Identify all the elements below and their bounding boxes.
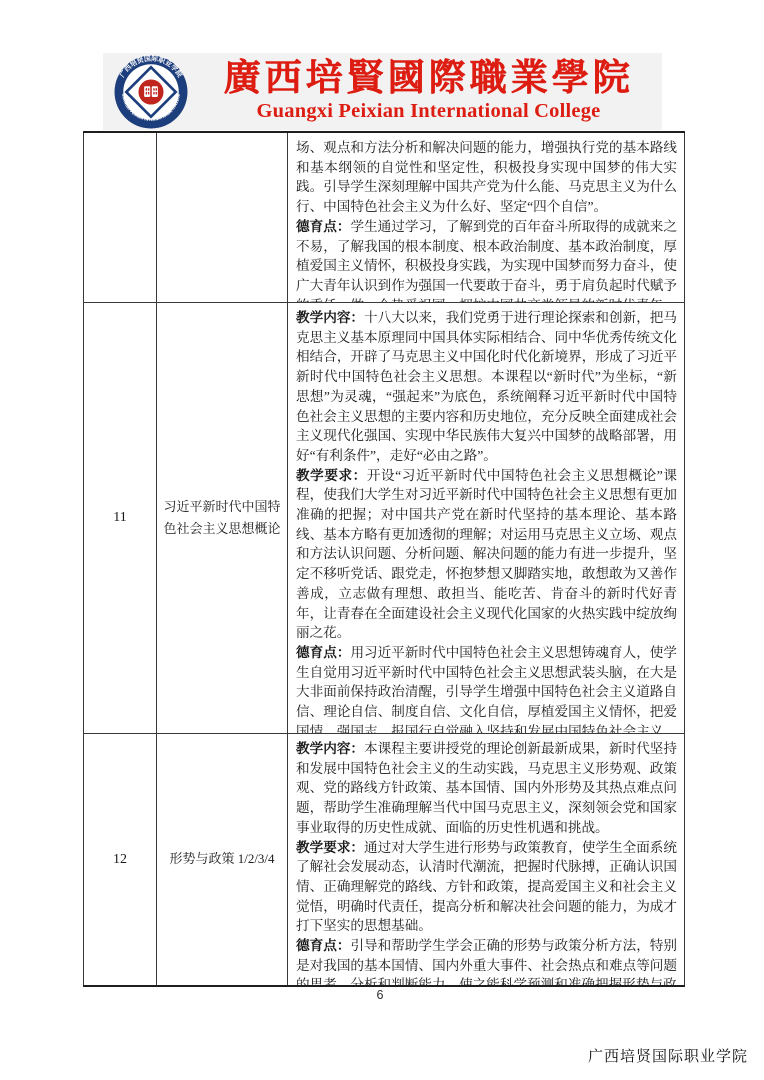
row-number [84, 132, 157, 303]
content-paragraph: 场、观点和方法分析和解决问题的能力，增强执行党的基本路线和基本纲领的自觉性和坚定… [296, 138, 677, 217]
content-paragraph: 教学内容：十八大以来，我们党勇于进行理论探索和创新，把马克思主义基本原理同中国具… [296, 308, 677, 466]
segment-label: 德育点： [296, 645, 350, 660]
segment-text: 场、观点和方法分析和解决问题的能力，增强执行党的基本路线和基本纲领的自觉性和坚定… [296, 140, 677, 214]
segment-text: 十八大以来，我们党勇于进行理论探索和创新，把马克思主义基本原理同中国具体实际相结… [296, 310, 677, 463]
course-content: 场、观点和方法分析和解决问题的能力，增强执行党的基本路线和基本纲领的自觉性和坚定… [288, 133, 684, 302]
row-number: 12 [84, 734, 157, 987]
course-content-cell: 教学内容：本课程主要讲授党的理论创新最新成果，新时代坚持和发展中国特色社会主义的… [288, 734, 685, 987]
segment-text: 用习近平新时代中国特色社会主义思想铸魂育人，使学生自觉用习近平新时代中国特色社会… [296, 645, 677, 733]
segment-label: 教学内容： [296, 310, 364, 325]
course-name: 形势与政策 1/2/3/4 [157, 734, 288, 987]
table-row: 11 习近平新时代中国特色社会主义思想概论 教学内容：十八大以来，我们党勇于进行… [84, 303, 685, 734]
table-row: 场、观点和方法分析和解决问题的能力，增强执行党的基本路线和基本纲领的自觉性和坚定… [84, 132, 685, 303]
segment-label: 德育点： [296, 938, 350, 953]
page-number: 6 [83, 988, 677, 1002]
course-name: 习近平新时代中国特色社会主义思想概论 [157, 303, 288, 734]
segment-label: 德育点： [296, 219, 350, 234]
college-titles: 廣西培賢國際職業學院 Guangxi Peixian International… [199, 53, 658, 130]
segment-label: 教学要求： [296, 468, 367, 483]
content-paragraph: 德育点：用习近平新时代中国特色社会主义思想铸魂育人，使学生自觉用习近平新时代中国… [296, 643, 677, 733]
content-paragraph: 德育点：学生通过学习，了解到党的百年奋斗所取得的成就来之不易，了解我国的根本制度… [296, 217, 677, 302]
table-row: 12 形势与政策 1/2/3/4 教学内容：本课程主要讲授党的理论创新最新成果，… [84, 734, 685, 987]
content-paragraph: 教学内容：本课程主要讲授党的理论创新最新成果，新时代坚持和发展中国特色社会主义的… [296, 739, 677, 838]
course-table: 场、观点和方法分析和解决问题的能力，增强执行党的基本路线和基本纲领的自觉性和坚定… [83, 131, 685, 987]
footer-college-name: 广西培贤国际职业学院 [588, 1045, 748, 1066]
college-header-banner: 广西培贤国际职业学院 GUANGXI PEIXIAN INTERNATIONAL… [103, 53, 662, 130]
course-content-cell: 场、观点和方法分析和解决问题的能力，增强执行党的基本路线和基本纲领的自觉性和坚定… [288, 132, 685, 303]
segment-text: 学生通过学习，了解到党的百年奋斗所取得的成就来之不易，了解我国的根本制度、根本政… [296, 219, 677, 302]
content-paragraph: 教学要求：开设“习近平新时代中国特色社会主义思想概论”课程，使我们大学生对习近平… [296, 466, 677, 643]
college-title-en: Guangxi Peixian International College [257, 100, 601, 123]
document-page: 广西培贤国际职业学院 GUANGXI PEIXIAN INTERNATIONAL… [0, 0, 764, 1080]
course-content: 教学内容：十八大以来，我们党勇于进行理论探索和创新，把马克思主义基本原理同中国具… [288, 303, 684, 733]
college-title-zh: 廣西培賢國際職業學院 [224, 60, 634, 99]
college-seal-icon: 广西培贤国际职业学院 GUANGXI PEIXIAN INTERNATIONAL… [113, 54, 189, 130]
content-paragraph: 教学要求：通过对大学生进行形势与政策教育，使学生全面系统了解社会发展动态，认清时… [296, 838, 677, 937]
course-name [157, 132, 288, 303]
row-number: 11 [84, 303, 157, 734]
course-content: 教学内容：本课程主要讲授党的理论创新最新成果，新时代坚持和发展中国特色社会主义的… [288, 734, 684, 985]
course-content-cell: 教学内容：十八大以来，我们党勇于进行理论探索和创新，把马克思主义基本原理同中国具… [288, 303, 685, 734]
segment-text: 引导和帮助学生学会正确的形势与政策分析方法，特别是对我国的基本国情、国内外重大事… [296, 938, 677, 985]
segment-text: 开设“习近平新时代中国特色社会主义思想概论”课程，使我们大学生对习近平新时代中国… [296, 468, 677, 641]
segment-label: 教学要求： [296, 840, 364, 855]
content-paragraph: 德育点：引导和帮助学生学会正确的形势与政策分析方法，特别是对我国的基本国情、国内… [296, 936, 677, 985]
segment-label: 教学内容： [296, 741, 364, 756]
